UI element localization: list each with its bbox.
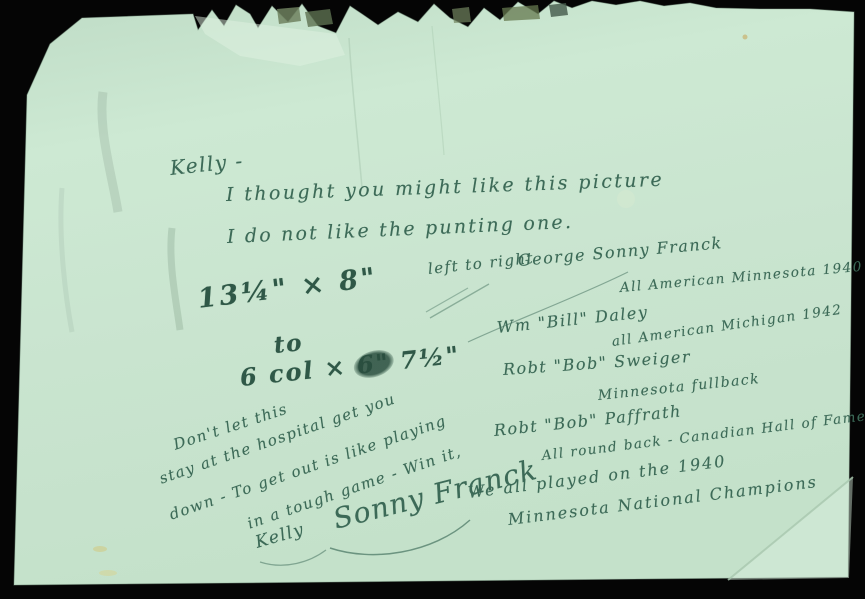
tape-remnant [452, 7, 471, 23]
tape-remnant [549, 3, 568, 17]
stain [617, 190, 635, 208]
stain [743, 35, 748, 40]
stain [99, 570, 117, 576]
tape-remnant [277, 7, 301, 24]
scratched-out-value: 6" [356, 350, 392, 377]
measurement-connector: to [273, 331, 304, 357]
photo-of-note: Kelly - I thought you might like this pi… [0, 0, 865, 599]
tape-remnant [305, 9, 333, 27]
tape-remnant [502, 5, 540, 21]
stain [93, 546, 107, 552]
